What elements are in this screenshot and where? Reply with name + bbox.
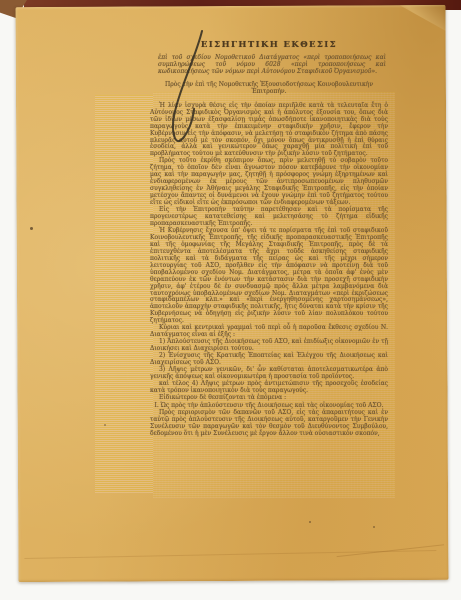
corner-fold <box>399 5 445 31</box>
paragraph: Εἰδικώτερον δὲ θεσπίζονται τὰ ἑπόμενα : <box>150 395 388 402</box>
paragraph: Ἡ Κυβέρνησις ἔχουσα ὑπ' ὄψει τά τε πορίσ… <box>150 228 388 325</box>
scan-moire-band <box>95 95 153 493</box>
paragraph: Πρὸς περιορισμὸν τῶν δαπανῶν τοῦ ΑΣΟ, εἰ… <box>150 410 388 438</box>
ink-speck <box>373 526 375 528</box>
paragraph: Πρὸς τοῦτο ἐκρίθη σκόπιμον ὅπως, πρὶν με… <box>150 158 388 207</box>
paragraph: καὶ τέλος 4) Λῆψις μέτρων πρὸς ἀντιμετώπ… <box>150 381 388 395</box>
paragraph: Εἰς τὴν Ἐπιτροπὴν ταύτην παρετέθησαν καὶ… <box>150 207 388 228</box>
scanned-document-view: ΕΙΣΗΓΗΤΙΚΗ ΕΚΘΕΣΙΣ ἐπὶ τοῦ σχεδίου Νομοθ… <box>0 0 461 600</box>
ink-speck <box>104 424 106 426</box>
paragraph: 1) Ἁπλούστευσις τῆς Διοικήσεως τοῦ ΑΣΟ, … <box>150 339 388 353</box>
ink-speck <box>309 521 311 523</box>
paragraph: 3) Λῆψις μέτρων γενικῶν, δι' ὧν καθίστατ… <box>150 367 388 381</box>
handwritten-checkmark-icon <box>155 28 215 163</box>
paragraph: 2) Ἐνίσχυσις τῆς Κρατικῆς Ἐποπτείας καὶ … <box>150 353 388 367</box>
ink-speck <box>30 227 33 230</box>
